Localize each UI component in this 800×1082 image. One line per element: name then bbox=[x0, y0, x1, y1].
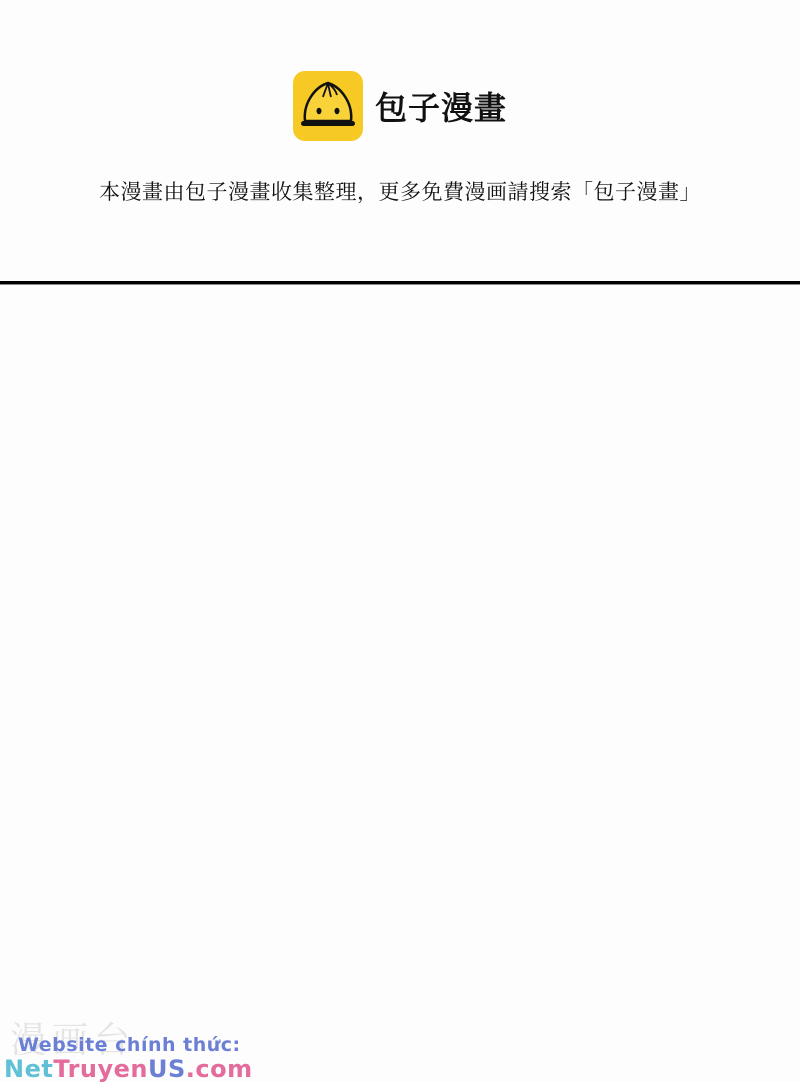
brand-header: 包子漫畫 bbox=[293, 71, 507, 141]
brand-name: 包子漫畫 bbox=[375, 83, 507, 129]
watermark-part: .com bbox=[186, 1055, 253, 1082]
watermark-part: Truyen bbox=[53, 1055, 148, 1082]
watermark-part: US bbox=[148, 1055, 186, 1082]
watermark-site: NetTruyenUS.com bbox=[4, 1055, 253, 1082]
divider-shadow bbox=[0, 284, 800, 285]
notice-text: 本漫畫由包子漫畫收集整理，更多免費漫画請搜索「包子漫畫」 bbox=[0, 176, 800, 206]
steamed-bun-icon bbox=[293, 71, 363, 141]
watermark-part: Net bbox=[4, 1055, 53, 1082]
watermark-line1: Website chính thức: bbox=[18, 1034, 241, 1056]
